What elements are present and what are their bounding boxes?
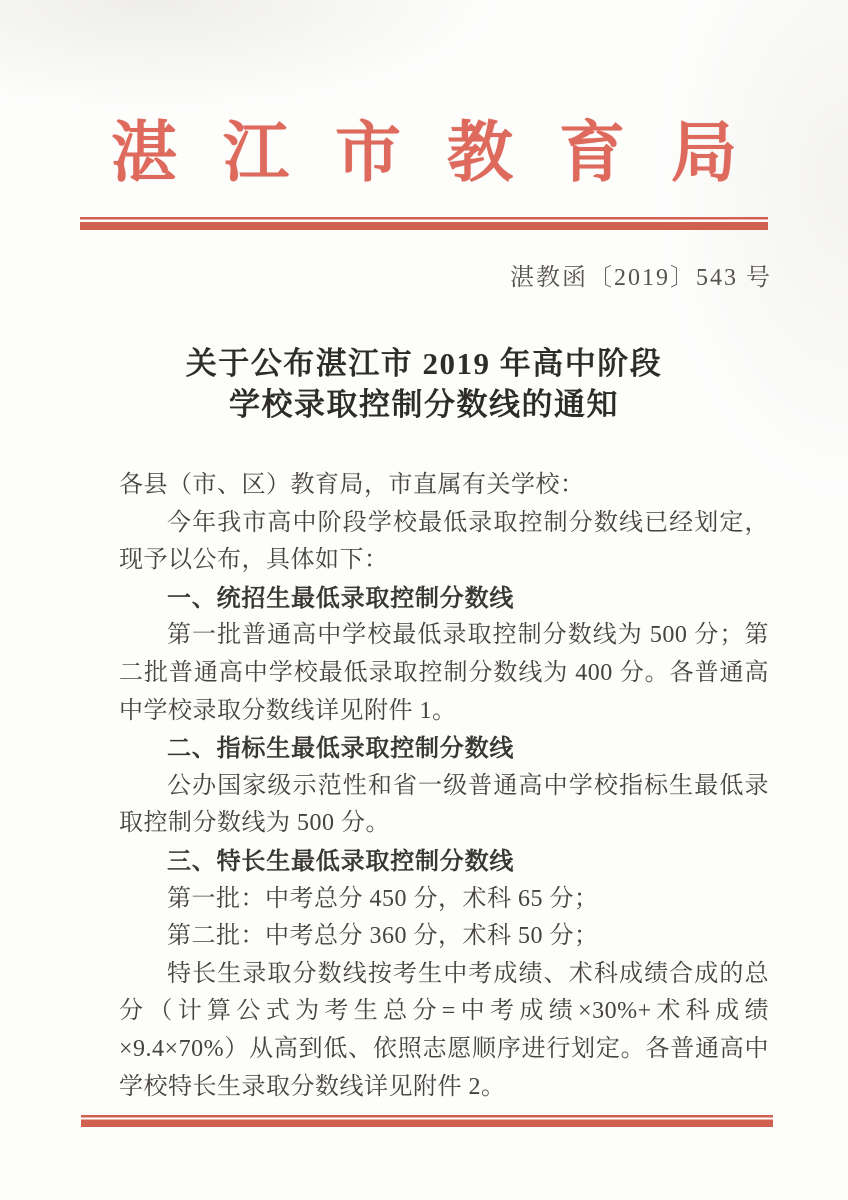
section-2-heading: 二、指标生最低录取控制分数线	[119, 730, 769, 768]
section-3-batch-1: 第一批：中考总分 450 分，术科 65 分；	[119, 881, 769, 919]
header-divider-rule	[80, 217, 768, 230]
document-number: 湛教函〔2019〕543 号	[0, 257, 848, 292]
section-1-body: 第一批普通高中学校最低录取控制分数线为 500 分；第二批普通高中学校最低录取控…	[119, 617, 769, 730]
section-3-body: 特长生录取分数线按考生中考成绩、术科成绩合成的总分（计算公式为考生总分=中考成绩…	[119, 956, 769, 1106]
salutation: 各县（市、区）教育局，市直属有关学校：	[119, 467, 769, 505]
notice-title-line-2: 学校录取控制分数线的通知	[0, 384, 848, 425]
agency-name: 湛江市教育局	[0, 118, 848, 191]
notice-title-line-1: 关于公布湛江市 2019 年高中阶段	[0, 343, 848, 384]
section-2-body: 公办国家级示范性和省一级普通高中学校指标生最低录取控制分数线为 500 分。	[119, 768, 769, 843]
footer-divider-rule	[81, 1115, 773, 1127]
section-3-heading: 三、特长生最低录取控制分数线	[119, 843, 769, 881]
section-3-batch-2: 第二批：中考总分 360 分，术科 50 分；	[119, 918, 769, 956]
document-page: 湛江市教育局 湛教函〔2019〕543 号 关于公布湛江市 2019 年高中阶段…	[0, 0, 848, 1200]
notice-title: 关于公布湛江市 2019 年高中阶段 学校录取控制分数线的通知	[0, 343, 848, 425]
notice-body: 各县（市、区）教育局，市直属有关学校： 今年我市高中阶段学校最低录取控制分数线已…	[119, 467, 769, 1106]
section-1-heading: 一、统招生最低录取控制分数线	[119, 580, 769, 618]
intro-paragraph: 今年我市高中阶段学校最低录取控制分数线已经划定，现予以公布，具体如下：	[119, 505, 769, 580]
